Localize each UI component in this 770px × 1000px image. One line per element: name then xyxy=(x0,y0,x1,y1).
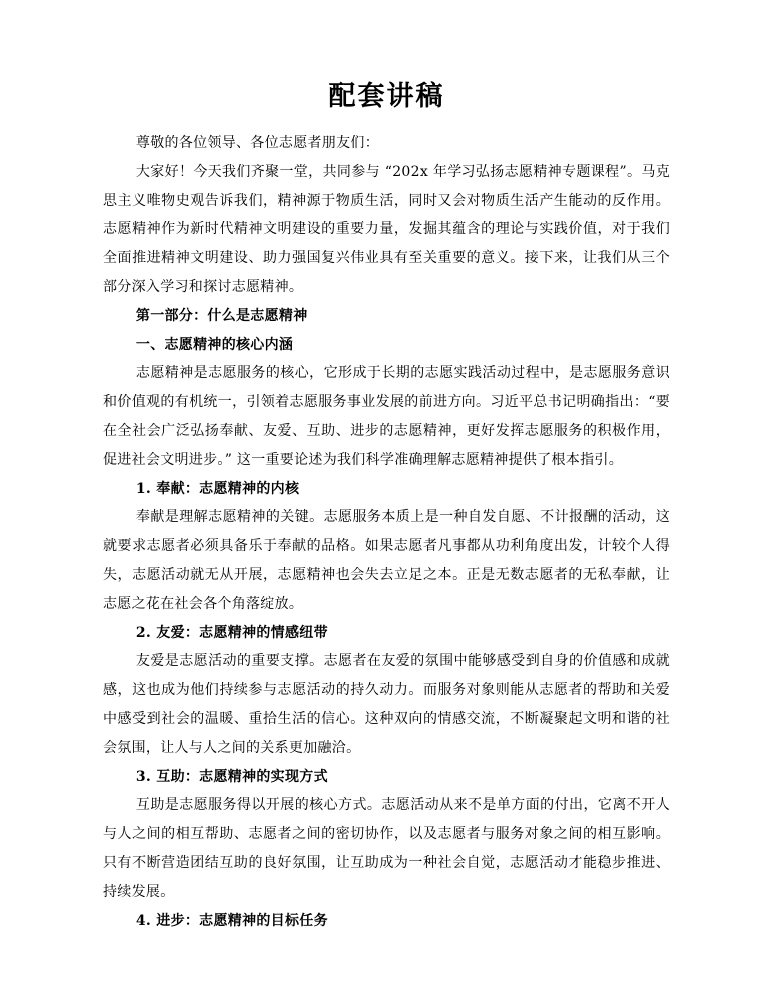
section-heading-progress: 4. 进步：志愿精神的目标任务 xyxy=(103,907,670,936)
paragraph-mutual-aid: 互助是志愿服务得以开展的核心方式。志愿活动从来不是单方面的付出，它离不开人与人之… xyxy=(103,791,670,906)
document-page: 配套讲稿 尊敬的各位领导、各位志愿者朋友们： 大家好！今天我们齐聚一堂，共同参与… xyxy=(0,0,770,1000)
paragraph-friendship: 友爱是志愿活动的重要支撑。志愿者在友爱的氛围中能够感受到自身的价值感和成就感，这… xyxy=(103,647,670,762)
section-heading-mutual-aid: 3. 互助：志愿精神的实现方式 xyxy=(103,763,670,792)
paragraph-dedication: 奉献是理解志愿精神的关键。志愿服务本质上是一种自发自愿、不计报酬的活动，这就要求… xyxy=(103,503,670,618)
section-heading-part1: 第一部分：什么是志愿精神 xyxy=(103,302,670,331)
paragraph-core-connotation: 志愿精神是志愿服务的核心，它形成于长期的志愿实践活动过程中，是志愿服务意识和价值… xyxy=(103,359,670,474)
section-heading-friendship: 2. 友爱：志愿精神的情感纽带 xyxy=(103,619,670,648)
section-heading-core-connotation: 一、志愿精神的核心内涵 xyxy=(103,331,670,360)
document-title: 配套讲稿 xyxy=(103,80,670,114)
paragraph-salutation: 尊敬的各位领导、各位志愿者朋友们： xyxy=(103,129,670,158)
section-heading-dedication: 1. 奉献：志愿精神的内核 xyxy=(103,475,670,504)
paragraph-intro: 大家好！今天我们齐聚一堂，共同参与 “202x 年学习弘扬志愿精神专题课程”。马… xyxy=(103,158,670,302)
